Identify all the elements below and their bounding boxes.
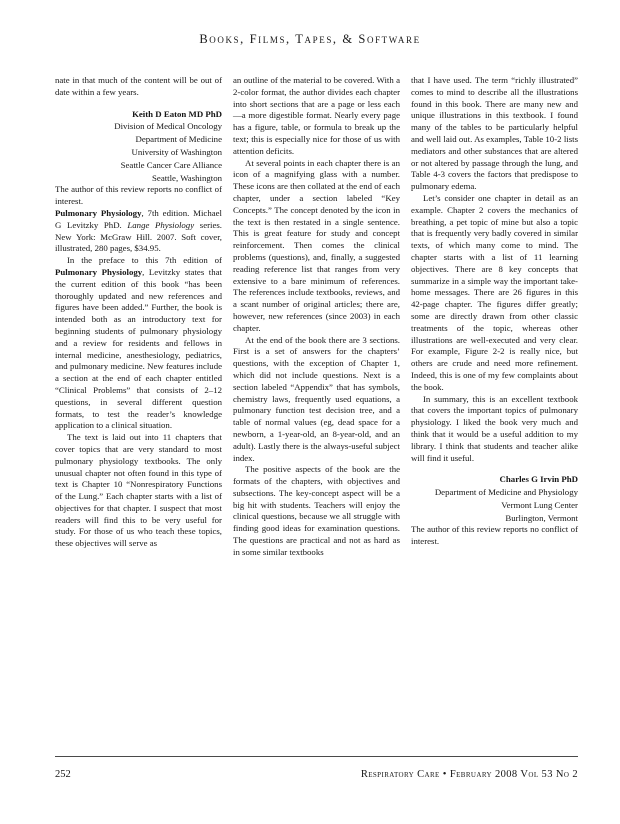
section-title: Books, Films, Tapes, & Software [199,32,420,46]
book-citation: Pulmonary Physiology, 7th edition. Micha… [55,208,222,255]
column-middle: an outline of the material to be covered… [233,75,400,559]
body-paragraph: Let’s consider one chapter in detail as … [411,193,578,394]
body-paragraph: At several points in each chapter there … [233,158,400,335]
reviewer-affiliation-line: Vermont Lung Center [411,499,578,512]
page-number: 252 [55,769,71,780]
reviewer-affiliation-line: Seattle, Washington [55,172,222,185]
journal-citation: Respiratory Care • February 2008 Vol 53 … [361,769,578,780]
reviewer-name: Keith D Eaton MD PhD [55,108,222,121]
conflict-disclosure: The author of this review reports no con… [55,184,222,208]
reviewer-affiliation-line: University of Washington [55,146,222,159]
reviewer-signature-block: Charles G Irvin PhD Department of Medici… [411,473,578,524]
body-paragraph: At the end of the book there are 3 secti… [233,335,400,465]
article-columns: nate in that much of the content will be… [55,75,578,559]
page-footer: 252 Respiratory Care • February 2008 Vol… [55,756,578,780]
body-paragraph: In the preface to this 7th edition of Pu… [55,255,222,432]
column-right: that I have used. The term “richly illus… [411,75,578,559]
reviewer-signature-block: Keith D Eaton MD PhD Division of Medical… [55,108,222,185]
footer-rule [55,756,578,757]
column-left: nate in that much of the content will be… [55,75,222,559]
continued-paragraph: an outline of the material to be covered… [233,75,400,158]
reviewer-affiliation-line: Department of Medicine and Physiology [411,486,578,499]
series-title: Lange Physiology [127,220,194,230]
book-title-mention: Pulmonary Physiology [55,267,142,277]
footer-row: 252 Respiratory Care • February 2008 Vol… [55,769,578,780]
section-header: Books, Films, Tapes, & Software [0,30,620,48]
paragraph-text: , Levitzky states that the current editi… [55,267,222,430]
body-paragraph: The text is laid out into 11 chapters th… [55,432,222,550]
body-paragraph: In summary, this is an excellent textboo… [411,394,578,465]
conflict-disclosure: The author of this review reports no con… [411,524,578,548]
paragraph-text: In the preface to this 7th edition of [67,255,222,265]
journal-page: Books, Films, Tapes, & Software nate in … [0,0,620,824]
reviewer-affiliation-line: Division of Medical Oncology [55,120,222,133]
reviewer-affiliation-line: Burlington, Vermont [411,512,578,525]
reviewer-affiliation-line: Department of Medicine [55,133,222,146]
reviewer-affiliation-line: Seattle Cancer Care Alliance [55,159,222,172]
book-title: Pulmonary Physiology [55,208,141,218]
body-paragraph: The positive aspects of the book are the… [233,464,400,558]
continued-paragraph: nate in that much of the content will be… [55,75,222,99]
reviewer-name: Charles G Irvin PhD [411,473,578,486]
continued-paragraph: that I have used. The term “richly illus… [411,75,578,193]
